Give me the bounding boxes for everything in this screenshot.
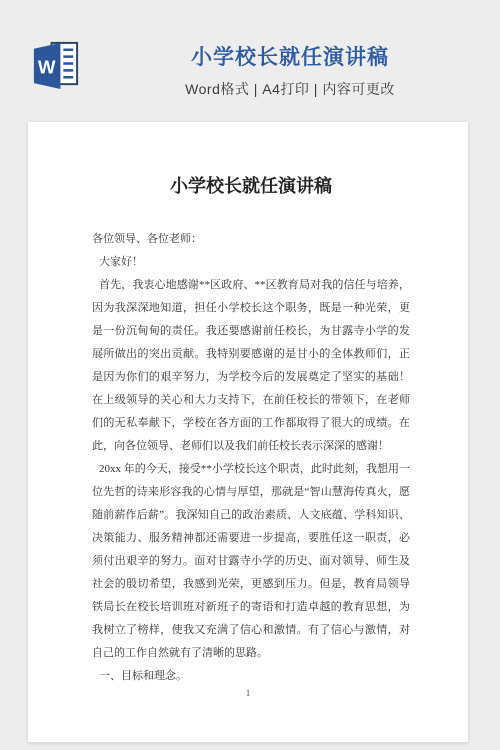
salutation-line: 各位领导、各位老师： <box>92 228 410 251</box>
page-number: 1 <box>28 688 468 698</box>
body-paragraph: 20xx 年的今天，接受**小学校长这个职责，此时此刻，我想用一位先哲的诗来形容… <box>92 458 410 665</box>
header-subtitle: Word格式 | A4打印 | 内容可更改 <box>84 79 496 99</box>
header-text-block: 小学校长就任演讲稿 Word格式 | A4打印 | 内容可更改 <box>84 41 496 99</box>
greeting-line: 大家好！ <box>92 251 410 274</box>
body-paragraph: 首先，我衷心地感谢**区政府、**区教育局对我的信任与培养，因为我深深地知道，担… <box>92 274 410 458</box>
document-page: 小学校长就任演讲稿 各位领导、各位老师： 大家好！ 首先，我衷心地感谢**区政府… <box>28 122 468 742</box>
word-logo-icon: W <box>28 37 83 92</box>
section-heading: 一、目标和理念。 <box>92 665 410 688</box>
template-preview: W 小学校长就任演讲稿 Word格式 | A4打印 | 内容可更改 小学校长就任… <box>0 0 500 750</box>
header: W 小学校长就任演讲稿 Word格式 | A4打印 | 内容可更改 <box>0 0 500 122</box>
header-title: 小学校长就任演讲稿 <box>84 41 496 71</box>
document-title: 小学校长就任演讲稿 <box>92 174 410 198</box>
svg-text:W: W <box>38 56 56 77</box>
